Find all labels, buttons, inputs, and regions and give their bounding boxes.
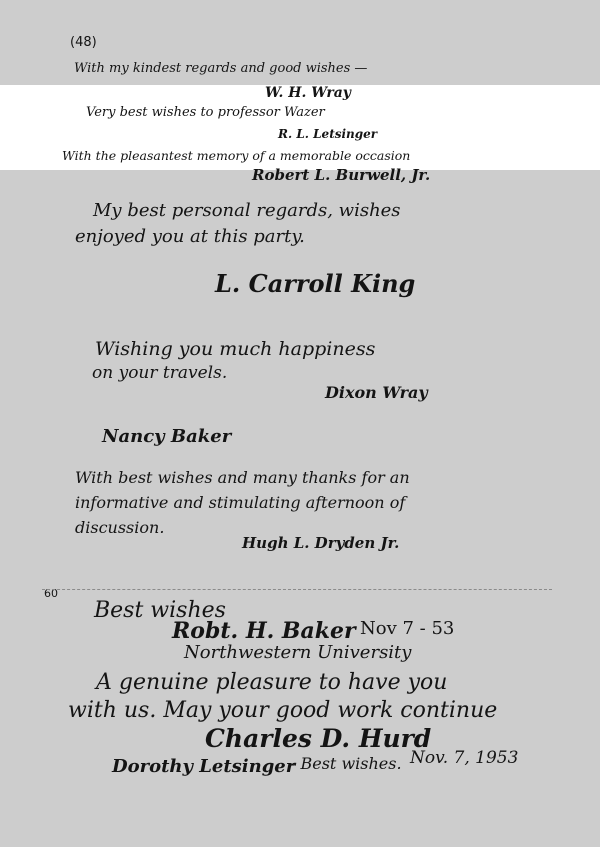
- entry-message-line: A genuine pleasure to have you: [96, 672, 447, 694]
- entry-message-line: discussion.: [75, 520, 164, 536]
- entry-message-line: enjoyed you at this party.: [75, 228, 305, 246]
- entry-signature: Robt. H. Baker: [172, 620, 356, 642]
- entry-signature: Dixon Wray: [325, 385, 428, 401]
- entry-signature: Hugh L. Dryden Jr.: [242, 536, 399, 551]
- entry-signature: Charles D. Hurd: [205, 726, 431, 751]
- page-number-label: (48): [70, 36, 97, 49]
- entry-message-line: With best wishes and many thanks for an: [75, 470, 410, 486]
- entry-signature: L. Carroll King: [215, 272, 415, 296]
- entry-message: With my kindest regards and good wishes …: [74, 62, 367, 75]
- entry-signature: W. H. Wray: [265, 86, 351, 100]
- entry-date: Nov 7 - 53: [360, 620, 454, 638]
- divider-line: [42, 589, 552, 590]
- entry-message: With the pleasantest memory of a memorab…: [62, 150, 410, 163]
- entry-message-line: Wishing you much happiness: [95, 340, 375, 359]
- entry-date: Nov. 7, 1953: [410, 750, 518, 767]
- entry-message-line: on your travels.: [92, 365, 227, 382]
- entry-message: - Best wishes.: [290, 756, 402, 772]
- entry-affiliation: Northwestern University: [184, 644, 411, 662]
- entry-message-line: My best personal regards, wishes: [93, 202, 401, 220]
- entry-message-line: with us. May your good work continue: [68, 700, 497, 722]
- entry-message-line: informative and stimulating afternoon of: [75, 495, 405, 511]
- entry-signature: Nancy Baker: [102, 428, 231, 446]
- entry-message: Very best wishes to professor Wazer: [86, 106, 325, 119]
- entry-signature: Robert L. Burwell, Jr.: [252, 168, 430, 183]
- entry-signature: R. L. Letsinger: [278, 128, 377, 140]
- entry-signature: Dorothy Letsinger: [112, 758, 295, 776]
